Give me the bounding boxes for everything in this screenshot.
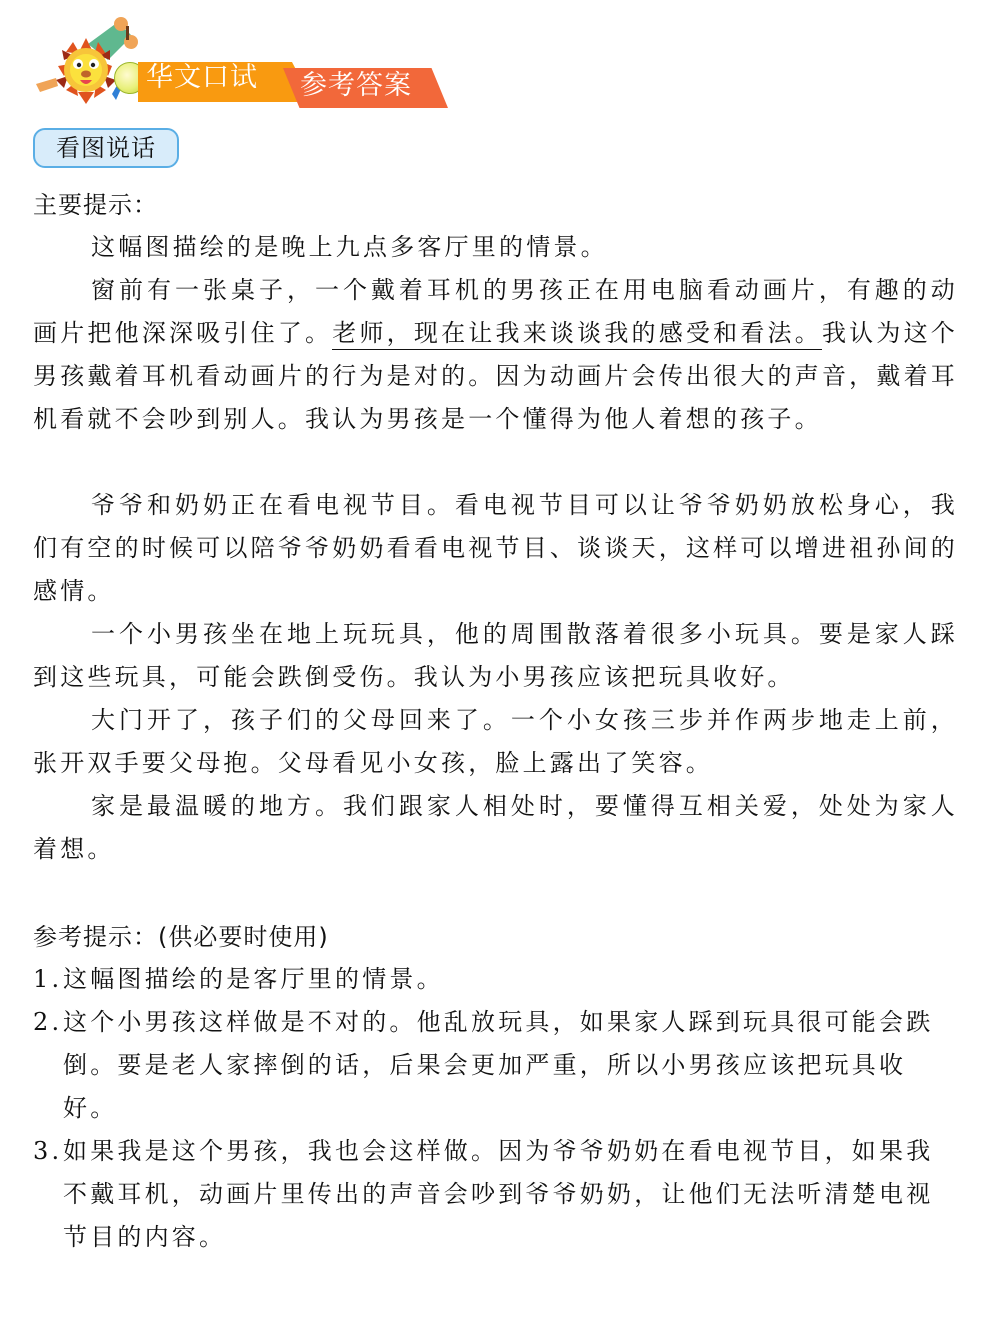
paragraph: 一个小男孩坐在地上玩玩具，他的周围散落着很多小玩具。要是家人踩到这些玩具，可能会… (33, 613, 958, 699)
paragraph: 大门开了，孩子们的父母回来了。一个小女孩三步并作两步地走上前，张开双手要父母抱。… (33, 699, 958, 785)
brand-label: 华文口试 (146, 58, 258, 98)
list-text: 如果我是这个男孩，我也会这样做。因为爷爷奶奶在看电视节目，如果我不戴耳机，动画片… (33, 1130, 958, 1259)
list-item: 1. 这幅图描绘的是客厅里的情景。 (33, 958, 958, 1001)
paragraph: 窗前有一张桌子，一个戴着耳机的男孩正在用电脑看动画片，有趣的动画片把他深深吸引住… (33, 269, 958, 441)
reference-hint-heading: 参考提示：(供必要时使用) (33, 922, 329, 952)
main-hint-heading: 主要提示： (33, 190, 158, 220)
paragraph-text: 这幅图描绘的是晚上九点多客厅里的情景。 (91, 233, 608, 261)
list-item: 3. 如果我是这个男孩，我也会这样做。因为爷爷奶奶在看电视节目，如果我不戴耳机，… (33, 1130, 958, 1259)
underlined-sentence: 老师，现在让我来谈谈我的感受和看法。 (332, 319, 822, 350)
list-number: 1. (33, 958, 62, 1001)
list-text: 这幅图描绘的是客厅里的情景。 (33, 958, 958, 1001)
paragraph: 爷爷和奶奶正在看电视节目。看电视节目可以让爷爷奶奶放松身心，我们有空的时候可以陪… (33, 484, 958, 613)
list-number: 2. (33, 1001, 62, 1044)
paragraph-text: 一个小男孩坐在地上玩玩具，他的周围散落着很多小玩具。要是家人踩到这些玩具，可能会… (33, 620, 958, 691)
paragraph-text: 大门开了，孩子们的父母回来了。一个小女孩三步并作两步地走上前，张开双手要父母抱。… (33, 706, 958, 777)
answer-tag-label: 参考答案 (300, 66, 412, 106)
paragraph-text: 爷爷和奶奶正在看电视节目。看电视节目可以让爷爷奶奶放松身心，我们有空的时候可以陪… (33, 491, 958, 605)
paragraph: 这幅图描绘的是晚上九点多客厅里的情景。 (33, 226, 958, 269)
section-badge: 看图说话 (33, 128, 179, 168)
list-text: 这个小男孩这样做是不对的。他乱放玩具，如果家人踩到玩具很可能会跌倒。要是老人家摔… (33, 1001, 958, 1130)
paragraph: 家是最温暖的地方。我们跟家人相处时，要懂得互相关爱，处处为家人着想。 (33, 785, 958, 871)
header-banner: 华文口试 参考答案 (28, 14, 458, 104)
paragraph-text: 家是最温暖的地方。我们跟家人相处时，要懂得互相关爱，处处为家人着想。 (33, 792, 958, 863)
list-item: 2. 这个小男孩这样做是不对的。他乱放玩具，如果家人踩到玩具很可能会跌倒。要是老… (33, 1001, 958, 1130)
list-number: 3. (33, 1130, 62, 1173)
